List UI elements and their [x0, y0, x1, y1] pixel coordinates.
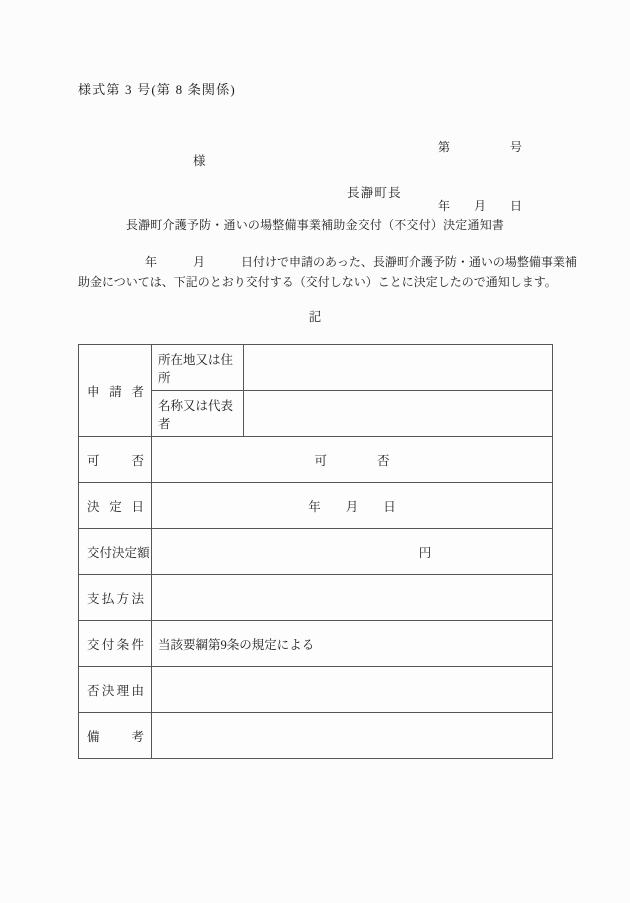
name-value-cell	[244, 391, 553, 437]
rejection-reason-value-cell	[152, 667, 553, 713]
table-row-grant-amount: 交付決定額 円	[79, 529, 553, 575]
remarks-label: 備考	[87, 727, 144, 745]
document-title: 長瀞町介護予防・通いの場整備事業補助金交付（不交付）決定通知書	[0, 216, 630, 233]
grant-amount-label-cell: 交付決定額	[79, 529, 152, 575]
address-value-cell	[244, 345, 553, 391]
body-line-1: 年 月 日付けで申請のあった、長瀞町介護予防・通いの場整備事業補	[145, 253, 577, 270]
table-row-decision-date: 決定日 年 月 日	[79, 483, 553, 529]
payment-method-value-cell	[152, 575, 553, 621]
rejection-reason-label-cell: 否決理由	[79, 667, 152, 713]
addressee-honorific: 様	[193, 151, 206, 169]
decision-table: 申請者 所在地又は住所 名称又は代表者 可否 可 否 決定日 年 月 日	[78, 344, 553, 759]
grant-conditions-label-cell: 交付条件	[79, 621, 152, 667]
payment-method-label: 支払方法	[87, 589, 144, 607]
address-sublabel-cell: 所在地又は住所	[152, 345, 244, 391]
approval-value-cell: 可 否	[152, 437, 553, 483]
decision-date-value-cell: 年 月 日	[152, 483, 553, 529]
table-row-remarks: 備考	[79, 713, 553, 759]
grant-amount-label: 交付決定額	[87, 543, 144, 561]
payment-method-label-cell: 支払方法	[79, 575, 152, 621]
table-row-approval: 可否 可 否	[79, 437, 553, 483]
table-row-payment-method: 支払方法	[79, 575, 553, 621]
form-number: 様式第 3 号(第 8 条関係)	[78, 79, 236, 98]
approval-label: 可否	[87, 451, 144, 469]
applicant-label: 申請者	[87, 382, 144, 400]
remarks-value-cell	[152, 713, 553, 759]
applicant-label-cell: 申請者	[79, 345, 152, 437]
grant-amount-value-cell: 円	[152, 529, 553, 575]
sender-title: 長瀞町長	[347, 183, 402, 201]
table-row-applicant-address: 申請者 所在地又は住所	[79, 345, 553, 391]
grant-conditions-value-cell: 当該要綱第9条の規定による	[152, 621, 553, 667]
decision-date-label-cell: 決定日	[79, 483, 152, 529]
document-date: 年 月 日	[438, 197, 522, 217]
approval-label-cell: 可否	[79, 437, 152, 483]
document-page: 様式第 3 号(第 8 条関係) 第 号 年 月 日 様 長瀞町長 長瀞町介護予…	[0, 0, 630, 903]
table-row-rejection-reason: 否決理由	[79, 667, 553, 713]
rejection-reason-label: 否決理由	[87, 681, 144, 699]
decision-date-label: 決定日	[87, 497, 144, 515]
document-number: 第 号	[438, 138, 522, 158]
table-row-grant-conditions: 交付条件 当該要綱第9条の規定による	[79, 621, 553, 667]
grant-conditions-label: 交付条件	[87, 635, 144, 653]
remarks-label-cell: 備考	[79, 713, 152, 759]
name-sublabel-cell: 名称又は代表者	[152, 391, 244, 437]
body-line-2: 助金については、下記のとおり交付する（交付しない）ことに決定したので通知します。	[78, 273, 557, 290]
list-marker: 記	[0, 307, 630, 325]
